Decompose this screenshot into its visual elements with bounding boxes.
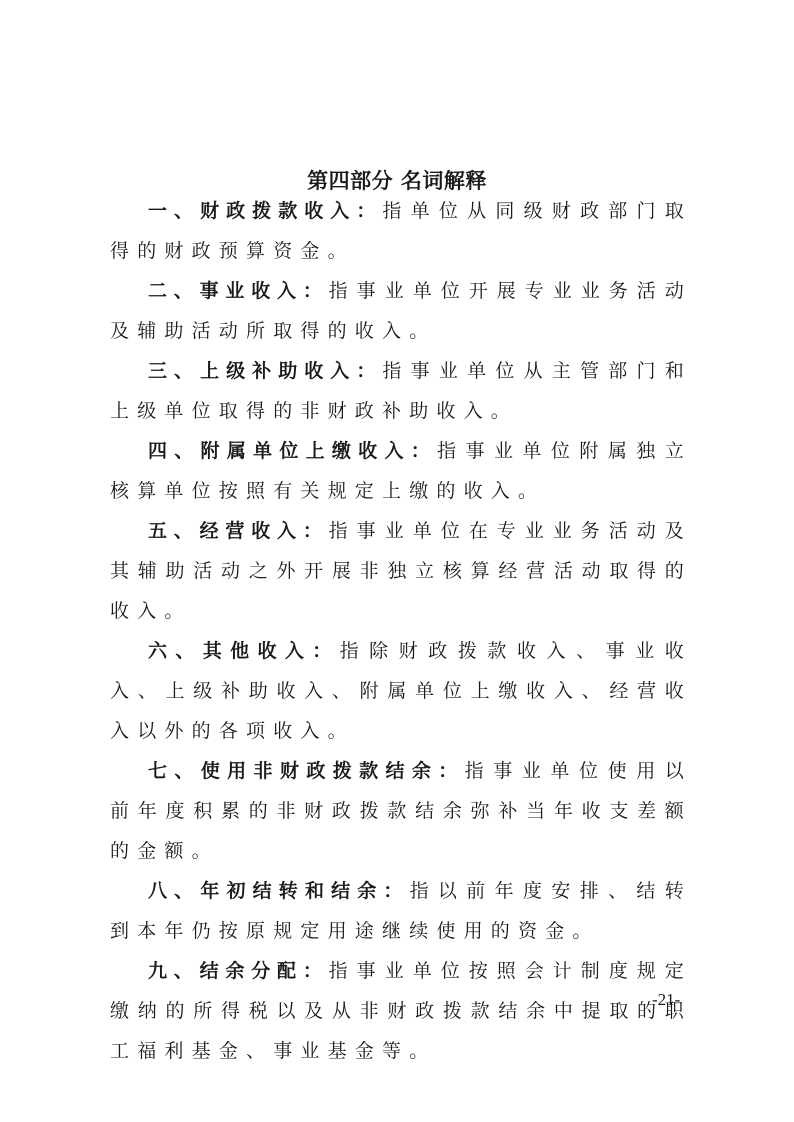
glossary-term: 一、财政拨款收入： [148,200,382,222]
glossary-term: 四、附属单位上缴收入： [148,440,437,462]
glossary-entry-8: 八、年初结转和结余：指以前年度安排、结转到本年仍按原规定用途继续使用的资金。 [110,871,692,951]
glossary-entry-4: 四、附属单位上缴收入：指事业单位附属独立核算单位按照有关规定上缴的收入。 [110,431,692,511]
glossary-entry-5: 五、经营收入：指事业单位在专业业务活动及其辅助活动之外开展非独立核算经营活动取得… [110,511,692,631]
glossary-term: 六、其他收入： [148,640,340,662]
page-number: -21- [652,988,680,1012]
glossary-entry-9: 九、结余分配：指事业单位按照会计制度规定缴纳的所得税以及从非财政拨款结余中提取的… [110,951,692,1071]
glossary-term: 九、结余分配： [148,960,329,982]
glossary-term: 五、经营收入： [148,520,329,542]
glossary-entry-7: 七、使用非财政拨款结余：指事业单位使用以前年度积累的非财政拨款结余弥补当年收支差… [110,751,692,871]
glossary-entry-3: 三、上级补助收入：指事业单位从主管部门和上级单位取得的非财政补助收入。 [110,351,692,431]
glossary-entry-1: 一、财政拨款收入：指单位从同级财政部门取得的财政预算资金。 [110,191,692,271]
glossary-body: 一、财政拨款收入：指单位从同级财政部门取得的财政预算资金。 二、事业收入：指事业… [110,191,692,1071]
glossary-term: 三、上级补助收入： [148,360,382,382]
glossary-term: 八、年初结转和结余： [148,880,410,902]
glossary-term: 七、使用非财政拨款结余： [148,760,465,782]
glossary-term: 二、事业收入： [148,280,329,302]
glossary-entry-6: 六、其他收入：指除财政拨款收入、事业收入、上级补助收入、附属单位上缴收入、经营收… [110,631,692,751]
glossary-entry-2: 二、事业收入：指事业单位开展专业业务活动及辅助活动所取得的收入。 [110,271,692,351]
